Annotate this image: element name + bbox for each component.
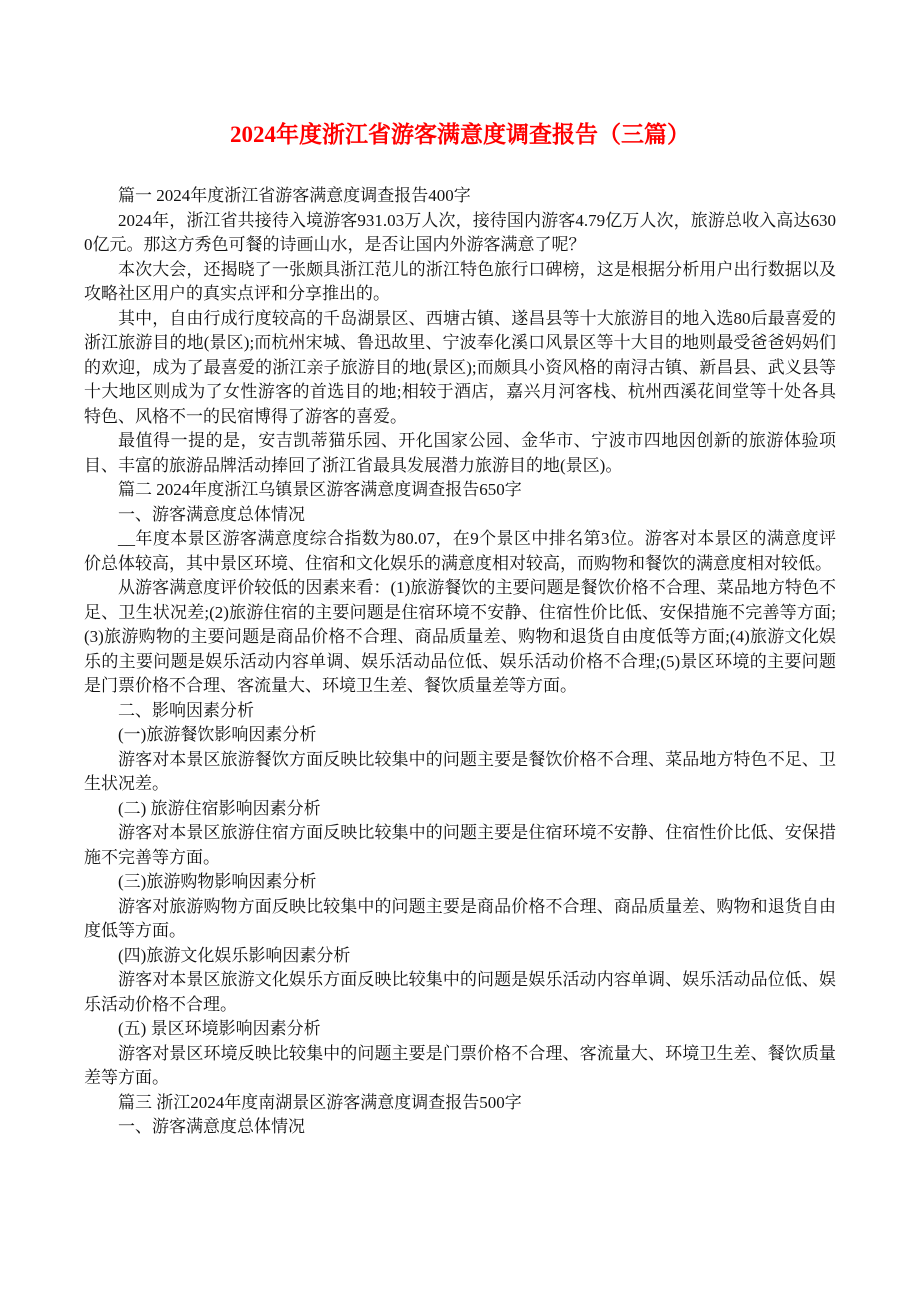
paragraph: 本次大会，还揭晓了一张颇具浙江范儿的浙江特色旅行口碑榜，这是根据分析用户出行数据… [84, 258, 836, 307]
paragraph: 游客对本景区旅游文化娱乐方面反映比较集中的问题是娱乐活动内容单调、娱乐活动品位低… [84, 968, 836, 1017]
paragraph: (一)旅游餐饮影响因素分析 [84, 723, 836, 748]
paragraph: 一、游客满意度总体情况 [84, 1115, 836, 1140]
paragraph: 篇三 浙江2024年度南湖景区游客满意度调查报告500字 [84, 1091, 836, 1116]
paragraph: 2024年，浙江省共接待入境游客931.03万人次，接待国内游客4.79亿万人次… [84, 209, 836, 258]
document-page: 2024年度浙江省游客满意度调查报告（三篇） 篇一 2024年度浙江省游客满意度… [0, 0, 920, 1302]
paragraph: 篇一 2024年度浙江省游客满意度调查报告400字 [84, 184, 836, 209]
document-title: 2024年度浙江省游客满意度调查报告（三篇） [0, 0, 920, 152]
paragraph: 游客对景区环境反映比较集中的问题主要是门票价格不合理、客流量大、环境卫生差、餐饮… [84, 1042, 836, 1091]
document-body: 篇一 2024年度浙江省游客满意度调查报告400字2024年，浙江省共接待入境游… [84, 184, 836, 1140]
paragraph: 二、影响因素分析 [84, 699, 836, 724]
paragraph: 最值得一提的是，安吉凯蒂猫乐园、开化国家公园、金华市、宁波市四地因创新的旅游体验… [84, 429, 836, 478]
paragraph: 从游客满意度评价较低的因素来看：(1)旅游餐饮的主要问题是餐饮价格不合理、菜品地… [84, 576, 836, 699]
paragraph: __年度本景区游客满意度综合指数为80.07，在9个景区中排名第3位。游客对本景… [84, 527, 836, 576]
paragraph: 篇二 2024年度浙江乌镇景区游客满意度调查报告650字 [84, 478, 836, 503]
paragraph: 其中，自由行成行度较高的千岛湖景区、西塘古镇、遂昌县等十大旅游目的地入选80后最… [84, 307, 836, 430]
paragraph: (四)旅游文化娱乐影响因素分析 [84, 944, 836, 969]
paragraph: 一、游客满意度总体情况 [84, 503, 836, 528]
paragraph: (三)旅游购物影响因素分析 [84, 870, 836, 895]
paragraph: (二) 旅游住宿影响因素分析 [84, 797, 836, 822]
paragraph: 游客对旅游购物方面反映比较集中的问题主要是商品价格不合理、商品质量差、购物和退货… [84, 895, 836, 944]
paragraph: (五) 景区环境影响因素分析 [84, 1017, 836, 1042]
paragraph: 游客对本景区旅游餐饮方面反映比较集中的问题主要是餐饮价格不合理、菜品地方特色不足… [84, 748, 836, 797]
paragraph: 游客对本景区旅游住宿方面反映比较集中的问题主要是住宿环境不安静、住宿性价比低、安… [84, 821, 836, 870]
